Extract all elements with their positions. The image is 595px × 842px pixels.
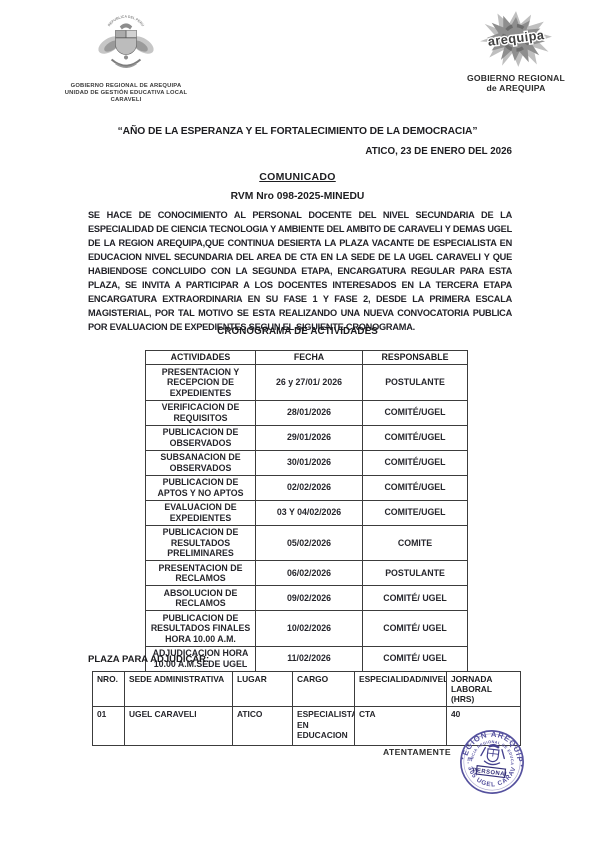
closing-salutation: ATENTAMENTE <box>383 747 451 757</box>
column-header: FECHA <box>256 351 363 365</box>
document-title: COMUNICADO <box>0 171 595 183</box>
document-page: REPUBLICA DEL PERU GOBIERNO REGIONAL DE … <box>0 0 595 842</box>
table-cell: 11/02/2026 <box>256 646 363 671</box>
column-header: SEDE ADMINISTRATIVA <box>125 672 233 707</box>
table-cell: 09/02/2026 <box>256 586 363 611</box>
table-row: EVALUACION DE EXPEDIENTES03 Y 04/02/2026… <box>146 500 468 525</box>
table-cell: ATICO <box>233 707 293 746</box>
schedule-table: ACTIVIDADESFECHARESPONSABLE PRESENTACION… <box>145 350 468 672</box>
table-cell: COMITÉ/UGEL <box>363 450 468 475</box>
table-cell: PRESENTACION Y RECEPCION DE EXPEDIENTES <box>146 365 256 401</box>
body-paragraph: SE HACE DE CONOCIMIENTO AL PERSONAL DOCE… <box>88 208 512 334</box>
org-name-line1: GOBIERNO REGIONAL DE AREQUIPA <box>48 83 204 90</box>
header-row: NRO.SEDE ADMINISTRATIVALUGARCARGOESPECIA… <box>93 672 521 707</box>
header-right-block: arequipa GOBIERNO REGIONAL de AREQUIPA <box>448 10 584 93</box>
table-cell: COMITE/UGEL <box>363 500 468 525</box>
table-cell: COMITÉ/UGEL <box>363 400 468 425</box>
org-name-line2: UNIDAD DE GESTIÓN EDUCATIVA LOCAL <box>48 90 204 97</box>
column-header: RESPONSABLE <box>363 351 468 365</box>
table-cell: 05/02/2026 <box>256 525 363 561</box>
table-row: VERIFICACION DE REQUISITOS28/01/2026COMI… <box>146 400 468 425</box>
table-cell: ESPECIALISTA EN EDUCACION <box>293 707 355 746</box>
table-cell: COMITÉ/UGEL <box>363 475 468 500</box>
table-cell: COMITÉ/ UGEL <box>363 586 468 611</box>
table-cell: 30/01/2026 <box>256 450 363 475</box>
schedule-table-body: PRESENTACION Y RECEPCION DE EXPEDIENTES2… <box>146 365 468 672</box>
table-cell: 02/02/2026 <box>256 475 363 500</box>
column-header: ESPECIALIDAD/NIVEL <box>355 672 447 707</box>
table-cell: POSTULANTE <box>363 561 468 586</box>
table-row: PRESENTACION Y RECEPCION DE EXPEDIENTES2… <box>146 365 468 401</box>
table-cell: ABSOLUCION DE RECLAMOS <box>146 586 256 611</box>
column-header: ACTIVIDADES <box>146 351 256 365</box>
table-row: SUBSANACION DE OBSERVADOS30/01/2026COMIT… <box>146 450 468 475</box>
org-name-line3: CARAVELI <box>48 97 204 104</box>
personnel-round-stamp-icon: REGION AREQUIPA GERENCIA REGIONAL DE EDU… <box>450 720 534 804</box>
table-cell: CTA <box>355 707 447 746</box>
table-cell: 03 Y 04/02/2026 <box>256 500 363 525</box>
plaza-heading: PLAZA PARA ADJUDICAR: <box>88 654 209 665</box>
table-cell: 10/02/2026 <box>256 611 363 647</box>
table-cell: COMITE <box>363 525 468 561</box>
column-header: LUGAR <box>233 672 293 707</box>
plaza-table-header: NRO.SEDE ADMINISTRATIVALUGARCARGOESPECIA… <box>93 672 521 707</box>
table-row: PUBLICACION DE OBSERVADOS29/01/2026COMIT… <box>146 425 468 450</box>
schedule-title: CRONOGRAMA DE ACTIVIDADES <box>0 326 595 337</box>
table-row: PUBLICACION DE RESULTADOS PRELIMINARES05… <box>146 525 468 561</box>
header-left-block: REPUBLICA DEL PERU GOBIERNO REGIONAL DE … <box>48 12 204 104</box>
table-cell: VERIFICACION DE REQUISITOS <box>146 400 256 425</box>
table-cell: 01 <box>93 707 125 746</box>
table-cell: SUBSANACION DE OBSERVADOS <box>146 450 256 475</box>
table-cell: EVALUACION DE EXPEDIENTES <box>146 500 256 525</box>
table-cell: 26 y 27/01/ 2026 <box>256 365 363 401</box>
column-header: JORNADA LABORAL (HRS) <box>447 672 521 707</box>
regional-gov-line2: de AREQUIPA <box>448 84 584 94</box>
table-row: PUBLICACION DE RESULTADOS FINALES HORA 1… <box>146 611 468 647</box>
table-cell: PUBLICACION DE RESULTADOS PRELIMINARES <box>146 525 256 561</box>
document-reference: RVM Nro 098-2025-MINEDU <box>0 191 595 202</box>
table-row: PUBLICACION DE APTOS Y NO APTOS02/02/202… <box>146 475 468 500</box>
column-header: CARGO <box>293 672 355 707</box>
table-cell: PUBLICACION DE APTOS Y NO APTOS <box>146 475 256 500</box>
table-cell: 29/01/2026 <box>256 425 363 450</box>
table-cell: PUBLICACION DE OBSERVADOS <box>146 425 256 450</box>
table-cell: PUBLICACION DE RESULTADOS FINALES HORA 1… <box>146 611 256 647</box>
column-header: NRO. <box>93 672 125 707</box>
table-cell: 06/02/2026 <box>256 561 363 586</box>
table-cell: 28/01/2026 <box>256 400 363 425</box>
table-cell: COMITÉ/ UGEL <box>363 611 468 647</box>
year-motto: “AÑO DE LA ESPERANZA Y EL FORTALECIMIENT… <box>0 126 595 137</box>
table-row: ABSOLUCION DE RECLAMOS09/02/2026COMITÉ/ … <box>146 586 468 611</box>
table-cell: PRESENTACION DE RECLAMOS <box>146 561 256 586</box>
table-cell: UGEL CARAVELI <box>125 707 233 746</box>
dateline: ATICO, 23 DE ENERO DEL 2026 <box>365 146 512 157</box>
table-cell: COMITÉ/ UGEL <box>363 646 468 671</box>
table-row: PRESENTACION DE RECLAMOS06/02/2026POSTUL… <box>146 561 468 586</box>
arequipa-starburst-logo-icon: arequipa <box>477 10 555 68</box>
peru-coat-of-arms-icon: REPUBLICA DEL PERU <box>94 12 158 76</box>
schedule-table-header: ACTIVIDADESFECHARESPONSABLE <box>146 351 468 365</box>
header-row: ACTIVIDADESFECHARESPONSABLE <box>146 351 468 365</box>
table-cell: POSTULANTE <box>363 365 468 401</box>
table-cell: COMITÉ/UGEL <box>363 425 468 450</box>
